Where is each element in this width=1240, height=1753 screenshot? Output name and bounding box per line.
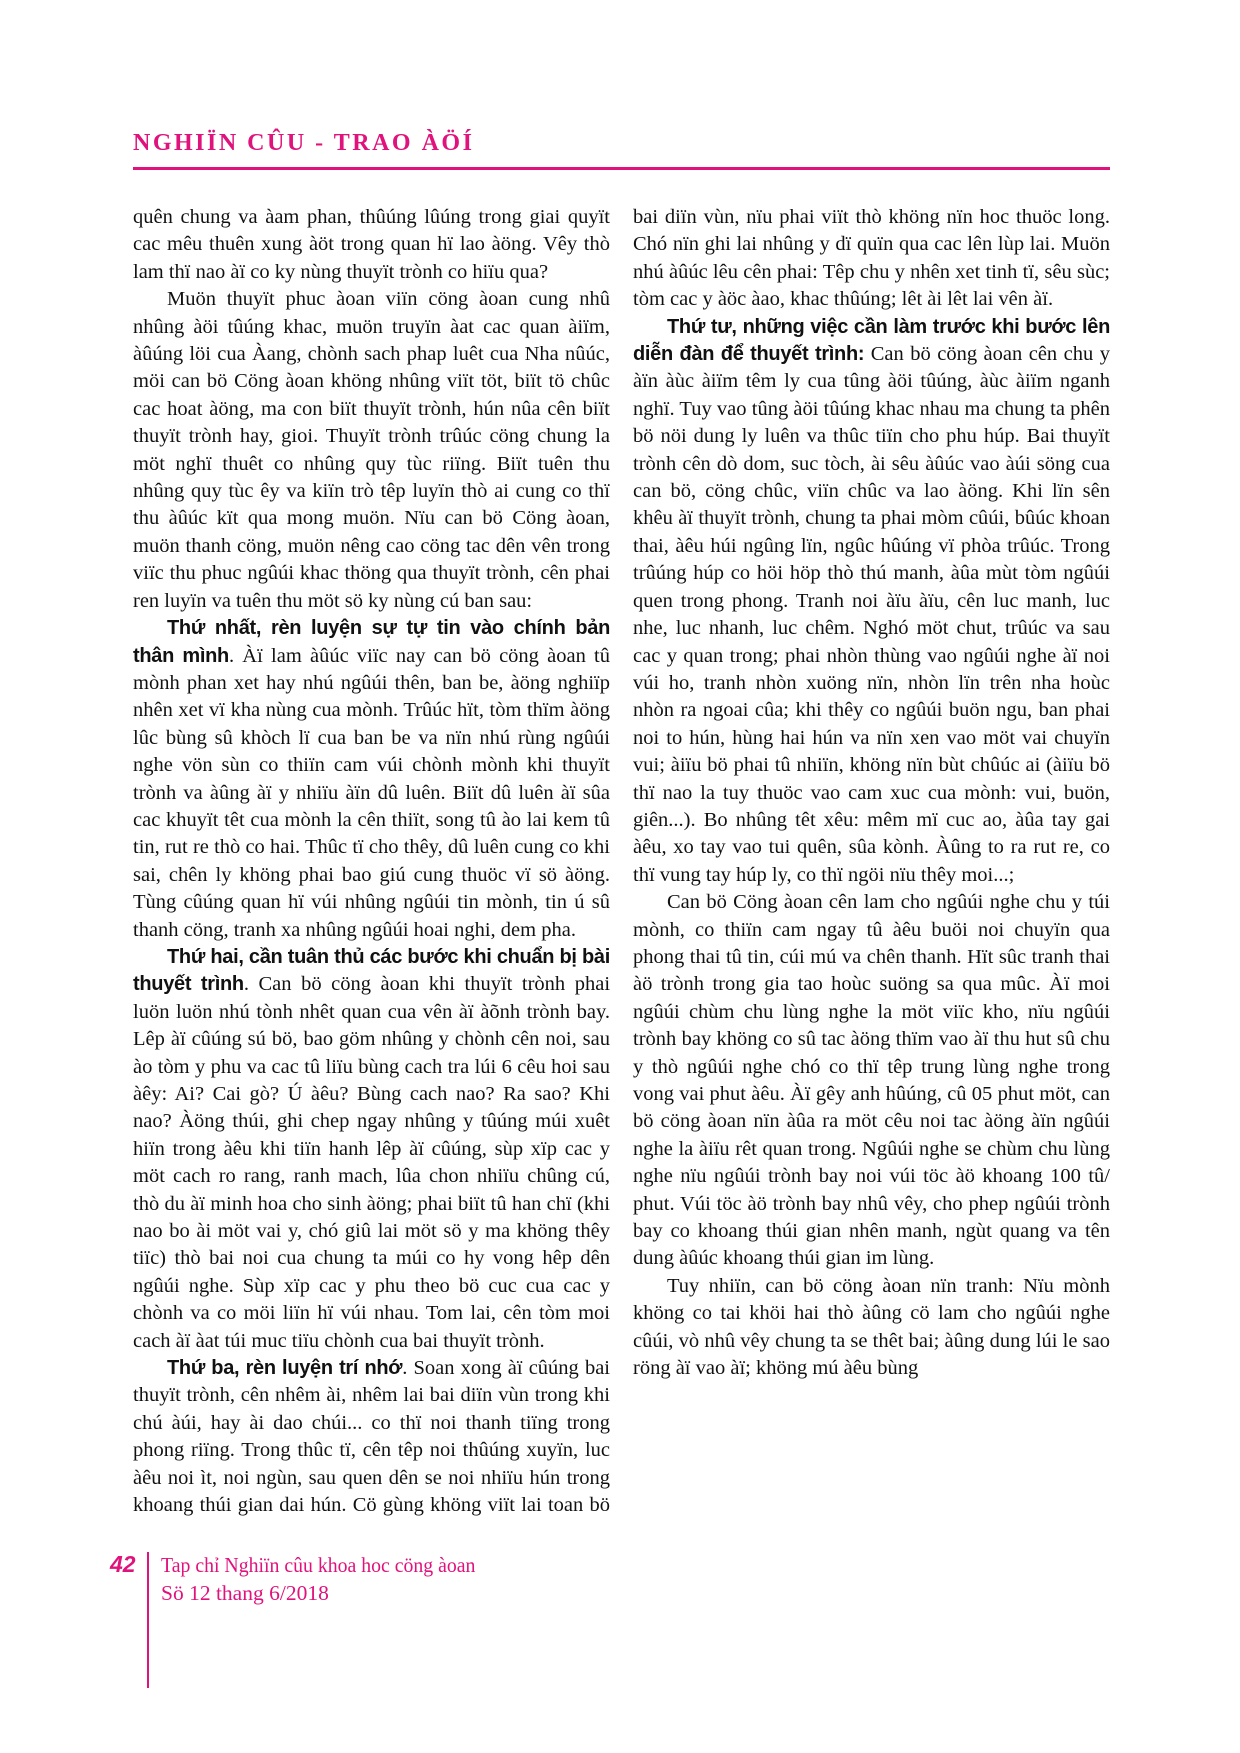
paragraph-text: . Àï lam àûúc viïc nay can bö cöng àoan … xyxy=(133,645,610,941)
paragraph: Thứ tư, những việc cần làm trước khi bướ… xyxy=(633,314,1110,890)
paragraph: Can bö Cöng àoan cên lam cho ngûúi nghe … xyxy=(633,889,1110,1273)
page-header-section-title: NGHIÏN CÛU - TRAO ÀÖÍ xyxy=(133,130,474,157)
paragraph: Tuy nhiïn, can bö cöng àoan nïn tranh: N… xyxy=(633,1273,1110,1383)
paragraph-text: . Can bö cöng àoan khi thuyït trònh phai… xyxy=(133,973,610,1351)
paragraph: Muön thuyït phuc àoan viïn cöng àoan cun… xyxy=(133,286,610,615)
footer-page-number: 42 xyxy=(110,1551,136,1578)
footer-issue-number: Sö 12 thang 6/2018 xyxy=(161,1581,329,1606)
footer-journal-title: Tap chỉ Nghiïn cûu khoa hoc cöng àoan xyxy=(161,1553,475,1578)
journal-page: NGHIÏN CÛU - TRAO ÀÖÍ quên chung va àam … xyxy=(0,0,1240,1753)
paragraph-text: Can bö Cöng àoan cên lam cho ngûúi nghe … xyxy=(633,891,1110,1269)
paragraph-text: Can bö cöng àoan cên chu y àïn àùc àiïm … xyxy=(633,343,1110,886)
footer-rule xyxy=(147,1552,149,1688)
section-heading-thu-ba: Thứ ba, rèn luyện trí nhớ xyxy=(167,1357,402,1379)
paragraph-text: Muön thuyït phuc àoan viïn cöng àoan cun… xyxy=(133,288,610,611)
paragraph-text: quên chung va àam phan, thûúng lûúng tro… xyxy=(133,206,610,283)
header-rule xyxy=(133,167,1110,170)
paragraph-text: Tuy nhiïn, can bö cöng àoan nïn tranh: N… xyxy=(633,1275,1110,1379)
paragraph: Thứ nhất, rèn luyện sự tự tin vào chính … xyxy=(133,615,610,944)
article-body: quên chung va àam phan, thûúng lûúng tro… xyxy=(133,204,1110,1524)
paragraph: Thứ hai, cần tuân thủ các bước khi chuẩn… xyxy=(133,944,610,1355)
paragraph: quên chung va àam phan, thûúng lûúng tro… xyxy=(133,204,610,286)
